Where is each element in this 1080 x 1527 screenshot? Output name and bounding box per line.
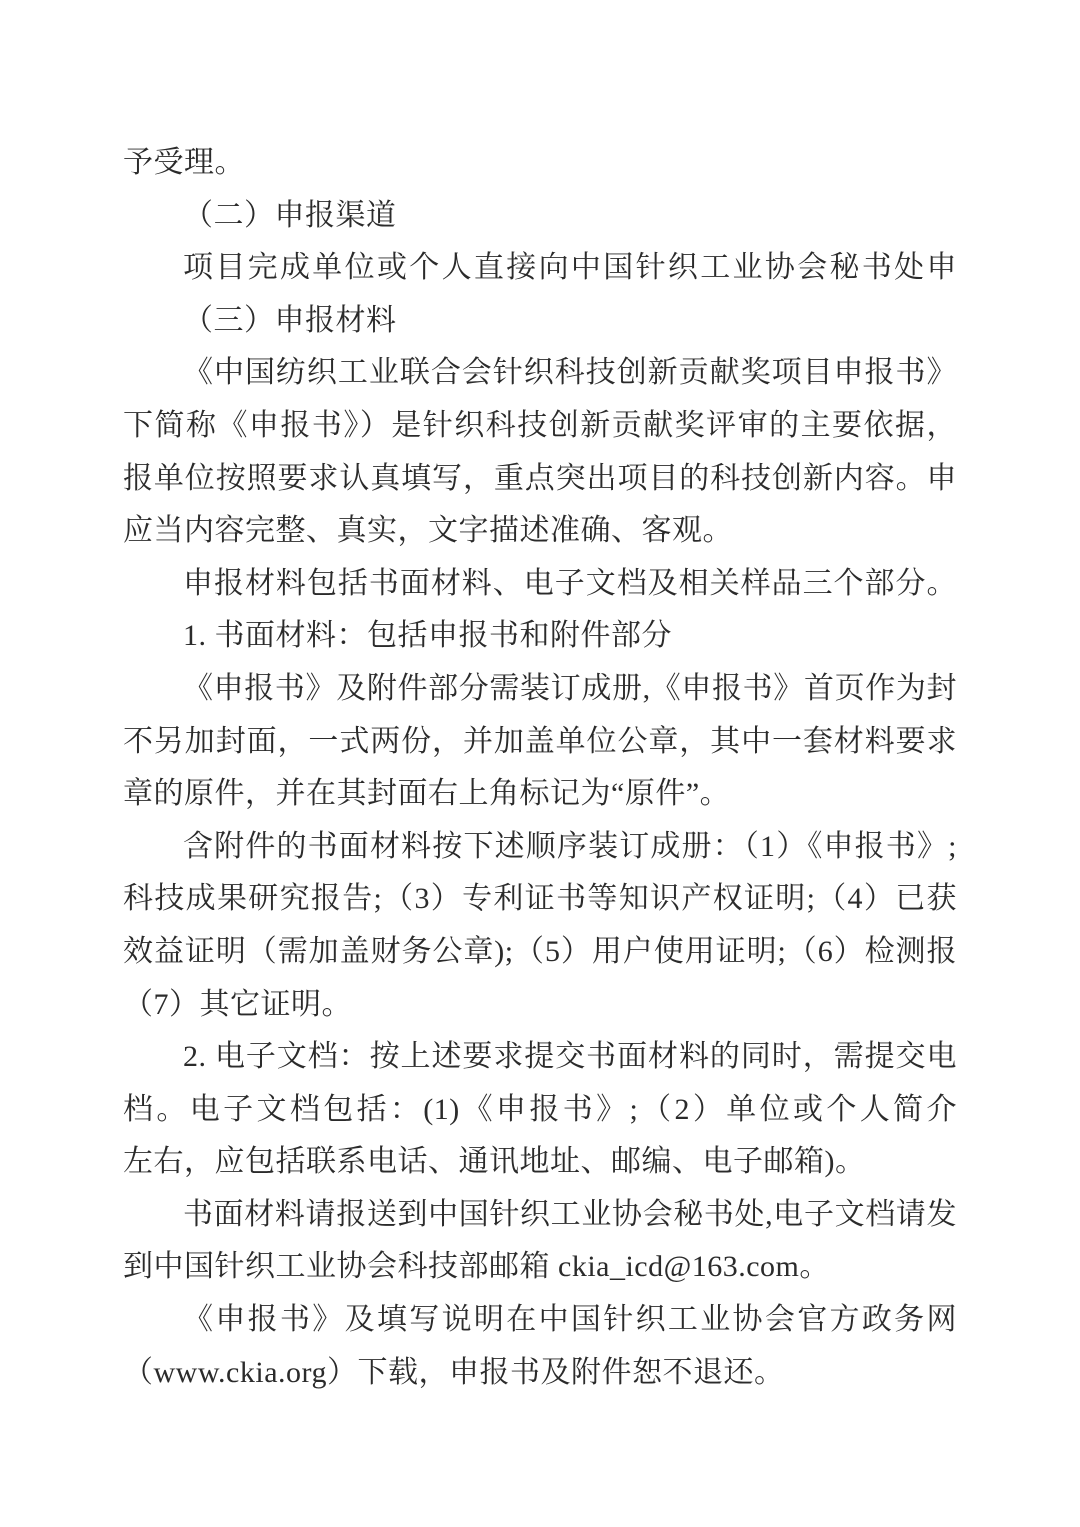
text-line: 含附件的书面材料按下述顺序装订成册：（1）《申报书》;（2） <box>123 821 957 874</box>
text-line: 章的原件，并在其封面右上角标记为“原件”。 <box>123 768 957 821</box>
text-line-website: （www.ckia.org）下载，申报书及附件恕不退还。 <box>123 1347 957 1400</box>
text-line: 书面材料请报送到中国针织工业协会秘书处,电子文档请发送 <box>123 1189 957 1242</box>
text-line: 不另加封面，一式两份，并加盖单位公章，其中一套材料要求是盖 <box>123 716 957 769</box>
text-line-heading-2: （二）申报渠道 <box>123 190 957 243</box>
text-line: 应当内容完整、真实，文字描述准确、客观。 <box>123 505 957 558</box>
text-line: 下简称《申报书》）是针织科技创新贡献奖评审的主要依据，请申 <box>123 400 957 453</box>
text-line: 报单位按照要求认真填写，重点突出项目的科技创新内容。申报书 <box>123 453 957 506</box>
text-line-item-1: 1. 书面材料：包括申报书和附件部分 <box>123 610 957 663</box>
text-line: 《中国纺织工业联合会针织科技创新贡献奖项目申报书》（以 <box>123 347 957 400</box>
text-line: 项目完成单位或个人直接向中国针织工业协会秘书处申报。 <box>123 242 957 295</box>
text-line-email: 到中国针织工业协会科技部邮箱 ckia_icd@163.com。 <box>123 1241 957 1294</box>
text-line: （7）其它证明。 <box>123 979 957 1032</box>
document-page: 予受理。 （二）申报渠道 项目完成单位或个人直接向中国针织工业协会秘书处申报。 … <box>0 0 1080 1527</box>
text-column: 予受理。 （二）申报渠道 项目完成单位或个人直接向中国针织工业协会秘书处申报。 … <box>123 137 957 1399</box>
text-line: 左右，应包括联系电话、通讯地址、邮编、电子邮箱)。 <box>123 1136 957 1189</box>
text-line: 效益证明（需加盖财务公章);（5）用户使用证明;（6）检测报告; <box>123 926 957 979</box>
text-line: 申报材料包括书面材料、电子文档及相关样品三个部分。 <box>123 558 957 611</box>
text-line: 科技成果研究报告;（3）专利证书等知识产权证明;（4）已获经济 <box>123 873 957 926</box>
text-line: 《申报书》及填写说明在中国针织工业协会官方政务网 <box>123 1294 957 1347</box>
text-line-item-2: 2. 电子文档：按上述要求提交书面材料的同时，需提交电子文 <box>123 1031 957 1084</box>
text-line: 档。电子文档包括：(1)《申报书》;（2）单位或个人简介（600 字 <box>123 1084 957 1137</box>
text-line: 《申报书》及附件部分需装订成册,《申报书》首页作为封面， <box>123 663 957 716</box>
text-line: 予受理。 <box>123 137 957 190</box>
text-line-heading-3: （三）申报材料 <box>123 295 957 348</box>
